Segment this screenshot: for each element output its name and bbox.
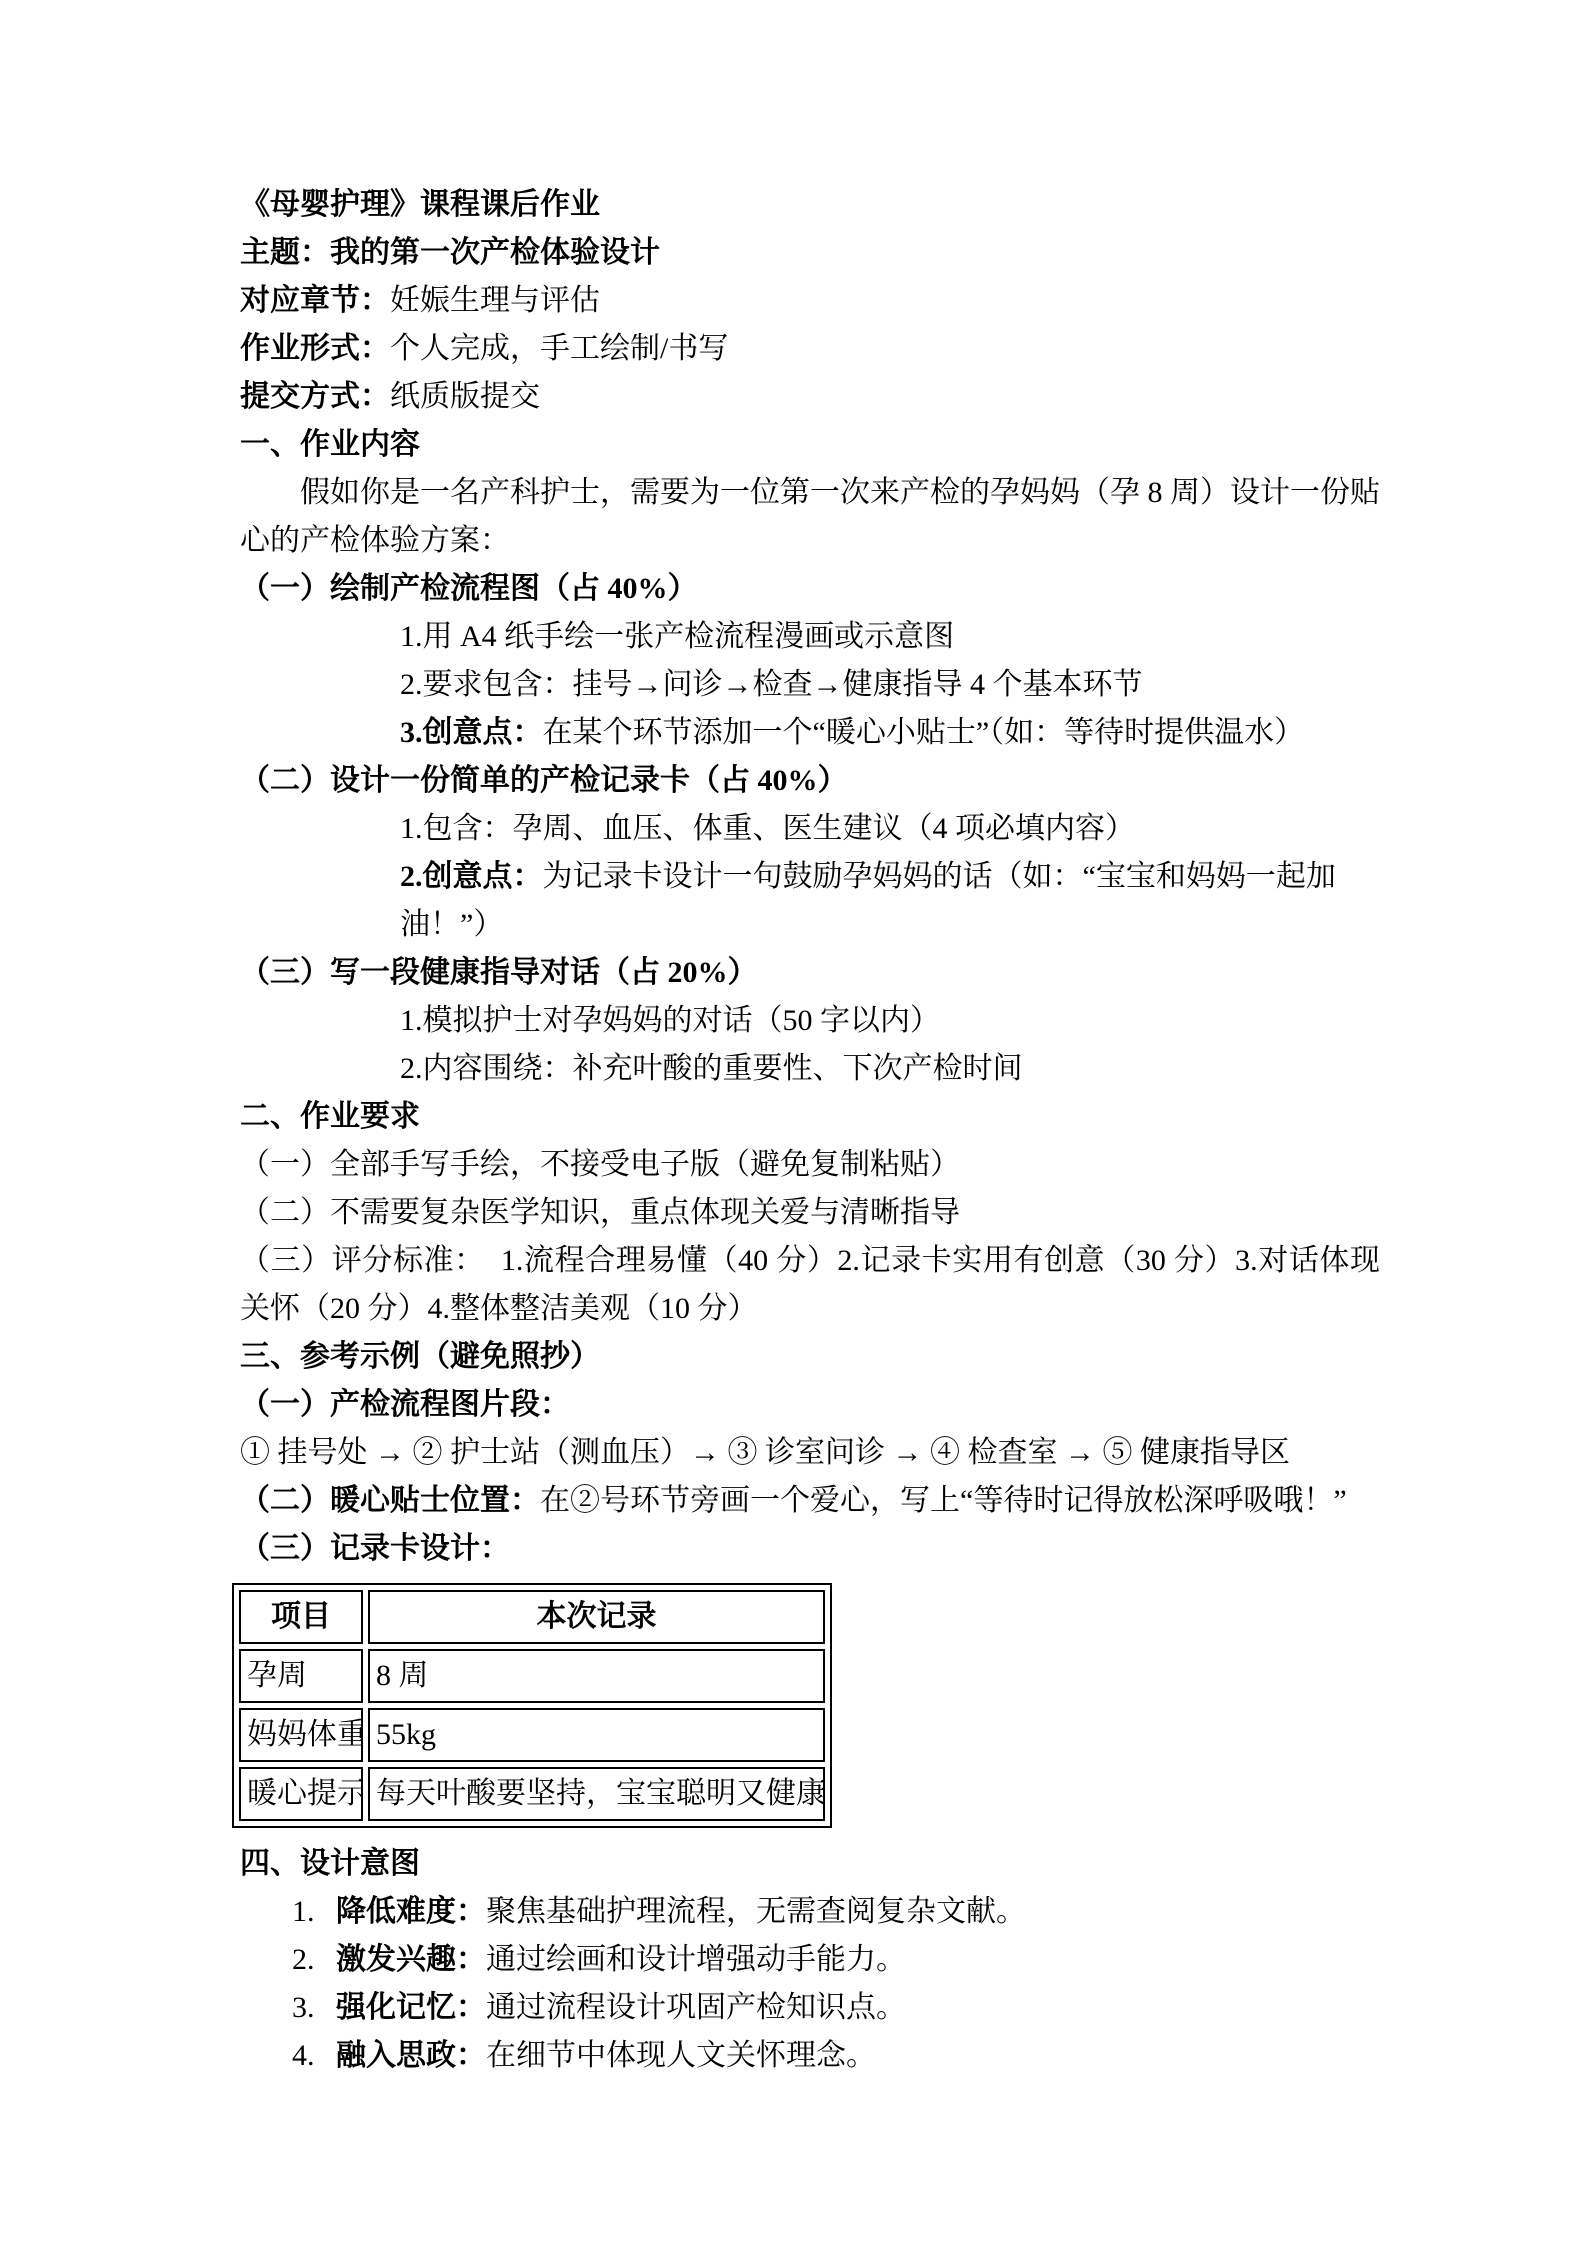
meta-line-format: 作业形式：个人完成，手工绘制/书写 bbox=[240, 325, 1380, 373]
table-cell-value: 每天叶酸要坚持，宝宝聪明又健康！ bbox=[368, 1767, 825, 1821]
meta-value: 我的第一次产检体验设计 bbox=[330, 236, 660, 269]
meta-line-topic: 主题：我的第一次产检体验设计 bbox=[240, 229, 1380, 277]
requirement-item: （一）全部手写手绘，不接受电子版（避免复制粘贴） bbox=[240, 1141, 1380, 1189]
list-item: 1.包含：孕周、血压、体重、医生建议（4 项必填内容） bbox=[240, 805, 1380, 853]
list-item: 1.用 A4 纸手绘一张产检流程漫画或示意图 bbox=[240, 613, 1380, 661]
meta-label: 主题： bbox=[240, 236, 330, 269]
meta-line-submission: 提交方式：纸质版提交 bbox=[240, 373, 1380, 421]
section3-heading: 三、参考示例（避免照抄） bbox=[240, 1333, 1380, 1381]
table-cell-value: 55kg bbox=[368, 1708, 825, 1762]
table-row: 妈妈体重 55kg bbox=[239, 1708, 825, 1762]
purpose-item: 3.强化记忆：通过流程设计巩固产检知识点。 bbox=[240, 1984, 1380, 2032]
item-number: 1. bbox=[292, 1888, 336, 1936]
table-cell-label: 妈妈体重 bbox=[239, 1708, 363, 1762]
item-text: 通过流程设计巩固产检知识点。 bbox=[486, 1991, 906, 2024]
list-item: 3.创意点：在某个环节添加一个“暖心小贴士”（如：等待时提供温水） bbox=[240, 709, 1380, 757]
item-text: 在②号环节旁画一个爱心，写上“等待时记得放松深呼吸哦！” bbox=[540, 1484, 1347, 1517]
item-label: 2.创意点： bbox=[400, 860, 543, 893]
table-header-record: 本次记录 bbox=[368, 1590, 825, 1644]
list-item: 1.模拟护士对孕妈妈的对话（50 字以内） bbox=[240, 997, 1380, 1045]
item-text: 聚焦基础护理流程，无需查阅复杂文献。 bbox=[486, 1895, 1026, 1928]
section1-part1-heading: （一）绘制产检流程图（占 40%） bbox=[240, 565, 1380, 613]
meta-value: 纸质版提交 bbox=[390, 380, 540, 413]
section3-part3-heading: （三）记录卡设计： bbox=[240, 1525, 1380, 1573]
list-item: 2.要求包含：挂号→问诊→检查→健康指导 4 个基本环节 bbox=[240, 661, 1380, 709]
item-label: 激发兴趣： bbox=[336, 1943, 486, 1976]
flow-line: ① 挂号处 → ② 护士站（测血压）→ ③ 诊室问诊 → ④ 检查室 → ⑤ 健… bbox=[240, 1429, 1380, 1477]
item-number: 4. bbox=[292, 2032, 336, 2080]
item-label: 降低难度： bbox=[336, 1895, 486, 1928]
table-header-item: 项目 bbox=[239, 1590, 363, 1644]
section3-part2-line: （二）暖心贴士位置：在②号环节旁画一个爱心，写上“等待时记得放松深呼吸哦！” bbox=[240, 1477, 1380, 1525]
list-item: 2.创意点：为记录卡设计一句鼓励孕妈妈的话（如：“宝宝和妈妈一起加油！”） bbox=[240, 853, 1380, 949]
purpose-item: 4.融入思政：在细节中体现人文关怀理念。 bbox=[240, 2032, 1380, 2080]
doc-title: 《母婴护理》课程课后作业 bbox=[240, 181, 1380, 229]
table-cell-label: 孕周 bbox=[239, 1649, 363, 1703]
section1-part2-heading: （二）设计一份简单的产检记录卡（占 40%） bbox=[240, 757, 1380, 805]
section2-heading: 二、作业要求 bbox=[240, 1093, 1380, 1141]
record-card-table: 项目 本次记录 孕周 8 周 妈妈体重 55kg 暖心提示 每天叶酸要坚持，宝宝… bbox=[232, 1583, 832, 1828]
section1-heading: 一、作业内容 bbox=[240, 421, 1380, 469]
requirement-item-grading: （三）评分标准： 1.流程合理易懂（40 分）2.记录卡实用有创意（30 分）3… bbox=[240, 1237, 1380, 1333]
document-page: 《母婴护理》课程课后作业 主题：我的第一次产检体验设计 对应章节：妊娠生理与评估… bbox=[0, 0, 1587, 2245]
item-label: 融入思政： bbox=[336, 2039, 486, 2072]
item-number: 2. bbox=[292, 1936, 336, 1984]
table-cell-label: 暖心提示 bbox=[239, 1767, 363, 1821]
item-text: 在细节中体现人文关怀理念。 bbox=[486, 2039, 876, 2072]
meta-label: 提交方式： bbox=[240, 380, 390, 413]
table-cell-value: 8 周 bbox=[368, 1649, 825, 1703]
table-header-row: 项目 本次记录 bbox=[239, 1590, 825, 1644]
requirement-item: （二）不需要复杂医学知识，重点体现关爱与清晰指导 bbox=[240, 1189, 1380, 1237]
list-item: 2.内容围绕：补充叶酸的重要性、下次产检时间 bbox=[240, 1045, 1380, 1093]
item-label: （二）暖心贴士位置： bbox=[240, 1484, 540, 1517]
item-text: 在某个环节添加一个“暖心小贴士”（如：等待时提供温水） bbox=[543, 716, 1305, 749]
item-label: 3.创意点： bbox=[400, 716, 543, 749]
meta-value: 妊娠生理与评估 bbox=[390, 284, 600, 317]
meta-line-chapter: 对应章节：妊娠生理与评估 bbox=[240, 277, 1380, 325]
meta-value: 个人完成，手工绘制/书写 bbox=[390, 332, 728, 365]
item-label: 强化记忆： bbox=[336, 1991, 486, 2024]
purpose-item: 2.激发兴趣：通过绘画和设计增强动手能力。 bbox=[240, 1936, 1380, 1984]
table-row: 孕周 8 周 bbox=[239, 1649, 825, 1703]
purpose-item: 1.降低难度：聚焦基础护理流程，无需查阅复杂文献。 bbox=[240, 1888, 1380, 1936]
meta-label: 作业形式： bbox=[240, 332, 390, 365]
item-number: 3. bbox=[292, 1984, 336, 2032]
section1-intro: 假如你是一名产科护士，需要为一位第一次来产检的孕妈妈（孕 8 周）设计一份贴心的… bbox=[240, 469, 1380, 565]
meta-label: 对应章节： bbox=[240, 284, 390, 317]
section1-part3-heading: （三）写一段健康指导对话（占 20%） bbox=[240, 949, 1380, 997]
table-row: 暖心提示 每天叶酸要坚持，宝宝聪明又健康！ bbox=[239, 1767, 825, 1821]
section3-part1-heading: （一）产检流程图片段： bbox=[240, 1381, 1380, 1429]
item-text: 通过绘画和设计增强动手能力。 bbox=[486, 1943, 906, 1976]
section4-heading: 四、设计意图 bbox=[240, 1840, 1380, 1888]
